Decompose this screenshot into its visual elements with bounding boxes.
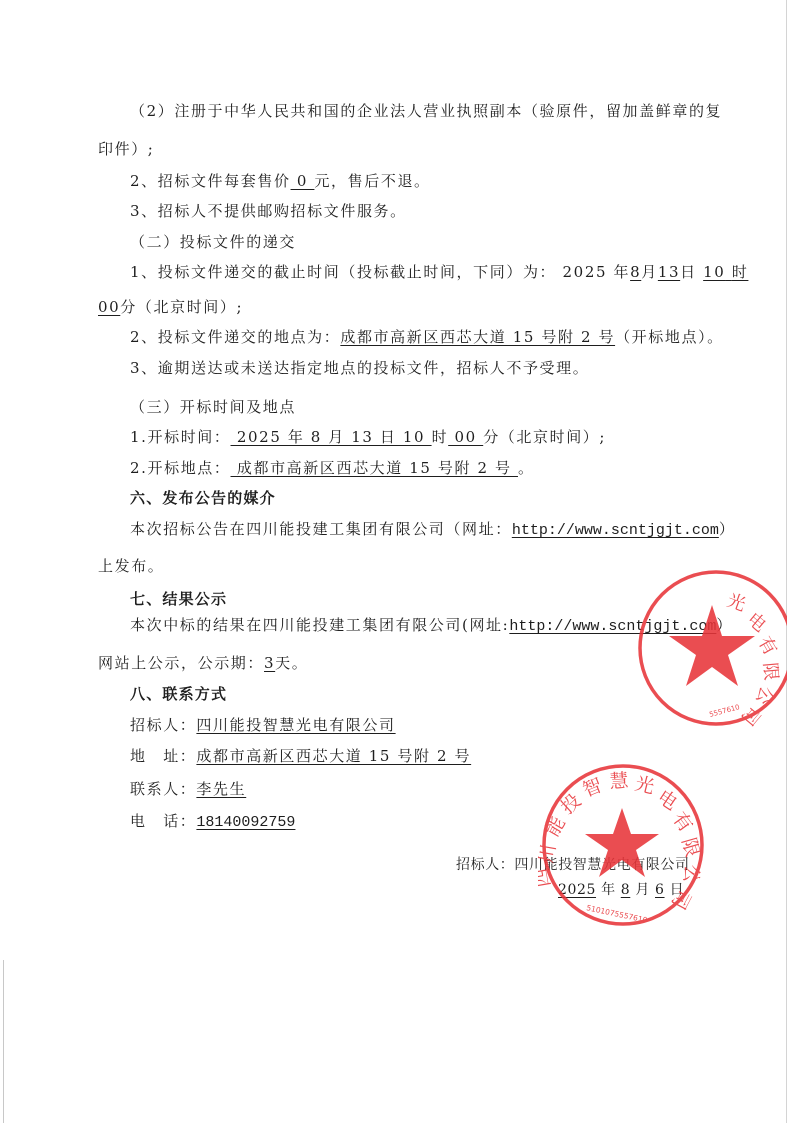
deadline-suffix: （北京时间）; xyxy=(137,298,243,316)
period-unit: 天。 xyxy=(275,654,308,672)
svg-text:有: 有 xyxy=(754,633,781,659)
no-mail-line: 3、招标人不提供邮购招标文件服务。 xyxy=(130,201,407,221)
contact-value-person: 李先生 xyxy=(196,780,246,798)
month-unit: 月 xyxy=(635,882,650,898)
day-unit: 日 xyxy=(670,882,685,898)
document-page: （2）注册于中华人民共和国的企业法人营业执照副本（验原件，留加盖鲜章的复 印件）… xyxy=(0,0,794,1123)
svg-text:光: 光 xyxy=(724,590,748,616)
opening-heading-text: （三）开标时间及地点 xyxy=(130,398,296,416)
section-6-heading: 六、发布公告的媒介 xyxy=(130,488,276,508)
section-7-title: 七、结果公示 xyxy=(130,590,227,608)
section-6-text-cont: 上发布。 xyxy=(98,556,164,576)
svg-text:智: 智 xyxy=(580,774,606,802)
late-text: 3、逾期送达或未送达指定地点的投标文件，招标人不予受理。 xyxy=(130,359,589,377)
contact-value-address: 成都市高新区西芯大道 15 号附 2 号 xyxy=(196,747,471,765)
contact-label: 招标人： xyxy=(130,716,196,734)
no-mail-text: 3、招标人不提供邮购招标文件服务。 xyxy=(130,202,407,220)
requirement-item-2-cont: 印件）; xyxy=(98,139,154,159)
svg-text:投: 投 xyxy=(557,790,586,819)
opening-time-label: 1.开标时间： xyxy=(130,428,231,446)
deadline-minute: 00 xyxy=(98,298,120,316)
hour-unit: 时 xyxy=(732,263,749,281)
fee-suffix: 元，售后不退。 xyxy=(314,172,430,190)
day-unit: 日 xyxy=(680,263,697,281)
contact-row: 电 话：18140092759 xyxy=(130,811,295,833)
svg-text:5101075557610: 5101075557610 xyxy=(586,903,649,925)
deadline-hour: 10 xyxy=(703,263,725,281)
contact-row: 地 址：成都市高新区西芯大道 15 号附 2 号 xyxy=(130,746,471,766)
section-7-text-cont: 网站上公示，公示期：3天。 xyxy=(98,653,308,673)
minute-unit: 分 xyxy=(120,298,137,316)
section-6-cont: 上发布。 xyxy=(98,557,164,575)
svg-text:电: 电 xyxy=(743,609,770,637)
signature-day: 6 xyxy=(655,882,665,898)
year-unit: 年 xyxy=(601,882,616,898)
section-7-text: 本次中标的结果在四川能投建工集团有限公司(网址:http://www.scntj… xyxy=(130,615,733,637)
contact-row: 联系人：李先生 xyxy=(130,779,246,799)
opening-heading: （三）开标时间及地点 xyxy=(130,397,296,417)
month-unit: 月 xyxy=(641,263,658,281)
svg-text:5557610: 5557610 xyxy=(708,703,740,719)
scan-edge-left xyxy=(3,960,4,1123)
section-6-url-link[interactable]: http://www.scntjgjt.com xyxy=(512,522,719,539)
contact-label: 电 话： xyxy=(130,812,196,830)
year-unit: 年 xyxy=(613,263,630,281)
location-line: 2、投标文件递交的地点为：成都市高新区西芯大道 15 号附 2 号（开标地点）。 xyxy=(130,327,724,347)
svg-text:慧: 慧 xyxy=(609,770,630,793)
late-line: 3、逾期送达或未送达指定地点的投标文件，招标人不予受理。 xyxy=(130,358,589,378)
deadline-day: 13 xyxy=(658,263,680,281)
requirement-text-cont: 印件）; xyxy=(98,140,154,158)
section-7-url-link[interactable]: http://www.scntjgjt.com xyxy=(509,618,716,635)
opening-place-label: 2.开标地点： xyxy=(130,459,231,477)
submission-heading: （二）投标文件的递交 xyxy=(130,232,296,252)
contact-label: 联系人： xyxy=(130,780,196,798)
section-6-suffix: ） xyxy=(719,520,736,538)
section-6-text: 本次招标公告在四川能投建工集团有限公司（网址：http://www.scntjg… xyxy=(130,519,735,541)
requirement-item-2: （2）注册于中华人民共和国的企业法人营业执照副本（验原件，留加盖鲜章的复 xyxy=(130,101,722,121)
signature-year: 2025 xyxy=(558,882,596,898)
section-7-suffix: ） xyxy=(716,616,733,634)
signature-month: 8 xyxy=(621,882,631,898)
location-suffix: （开标地点）。 xyxy=(615,328,724,346)
hour-unit: 时 xyxy=(432,428,449,446)
signature-date: 2025 年 8 月 6 日 xyxy=(558,879,684,899)
deadline-line: 1、投标文件递交的截止时间（投标截止时间，下同）为： 2025 年8月13日 1… xyxy=(130,262,748,282)
svg-text:限: 限 xyxy=(759,662,781,682)
opening-place-line: 2.开标地点： 成都市高新区西芯大道 15 号附 2 号 。 xyxy=(130,458,535,478)
section-8-title: 八、联系方式 xyxy=(130,685,227,703)
requirement-text: （2）注册于中华人民共和国的企业法人营业执照副本（验原件，留加盖鲜章的复 xyxy=(130,102,722,120)
opening-place-value: 成都市高新区西芯大道 15 号附 2 号 xyxy=(231,459,518,477)
contact-value-tenderer: 四川能投智慧光电有限公司 xyxy=(196,716,395,734)
deadline-label: 1、投标文件递交的截止时间（投标截止时间，下同）为： xyxy=(130,263,556,281)
svg-text:公: 公 xyxy=(751,683,777,707)
deadline-year: 2025 xyxy=(563,263,608,281)
publicity-period: 3 xyxy=(264,654,275,672)
company-seal-icon: 四 川 能 投 智 慧 光 电 有 限 公 司 5101075557610 xyxy=(538,760,708,930)
submission-heading-text: （二）投标文件的递交 xyxy=(130,233,296,251)
signature-tenderer: 招标人：四川能投智慧光电有限公司 xyxy=(456,854,690,874)
signature-label: 招标人：四川能投智慧光电有限公司 xyxy=(456,857,690,873)
svg-text:光: 光 xyxy=(633,773,657,799)
opening-place-suffix: 。 xyxy=(518,459,535,477)
section-8-heading: 八、联系方式 xyxy=(130,684,227,704)
opening-time-minute: 00 xyxy=(448,428,483,446)
contact-row: 招标人：四川能投智慧光电有限公司 xyxy=(130,715,396,735)
section-6-prefix: 本次招标公告在四川能投建工集团有限公司（网址： xyxy=(130,520,512,538)
svg-text:司: 司 xyxy=(737,702,765,729)
location-address: 成都市高新区西芯大道 15 号附 2 号 xyxy=(340,328,615,346)
seam-stamp-icon: 光 电 有 限 公 司 5557610 xyxy=(630,565,794,735)
scan-edge-right xyxy=(786,0,787,1123)
fee-amount: 0 xyxy=(291,172,315,190)
section-7-cont-prefix: 网站上公示，公示期： xyxy=(98,654,264,672)
section-7-heading: 七、结果公示 xyxy=(130,589,227,609)
fee-line: 2、招标文件每套售价 0 元，售后不退。 xyxy=(130,171,431,191)
contact-label: 地 址： xyxy=(130,747,196,765)
svg-text:能: 能 xyxy=(541,813,570,840)
deadline-line-cont: 00分（北京时间）; xyxy=(98,297,243,317)
location-label: 2、投标文件递交的地点为： xyxy=(130,328,340,346)
opening-time-suffix: 分（北京时间）; xyxy=(483,428,606,446)
fee-label: 2、招标文件每套售价 xyxy=(130,172,291,190)
svg-text:有: 有 xyxy=(668,808,697,836)
section-6-title: 六、发布公告的媒介 xyxy=(130,489,276,507)
opening-time-line: 1.开标时间： 2025 年 8 月 13 日 10 时 00 分（北京时间）; xyxy=(130,427,606,447)
deadline-month: 8 xyxy=(630,263,641,281)
opening-time-value: 2025 年 8 月 13 日 10 xyxy=(231,428,432,446)
contact-value-phone: 18140092759 xyxy=(196,814,295,831)
section-7-prefix: 本次中标的结果在四川能投建工集团有限公司(网址: xyxy=(130,616,509,634)
svg-text:电: 电 xyxy=(653,786,681,815)
